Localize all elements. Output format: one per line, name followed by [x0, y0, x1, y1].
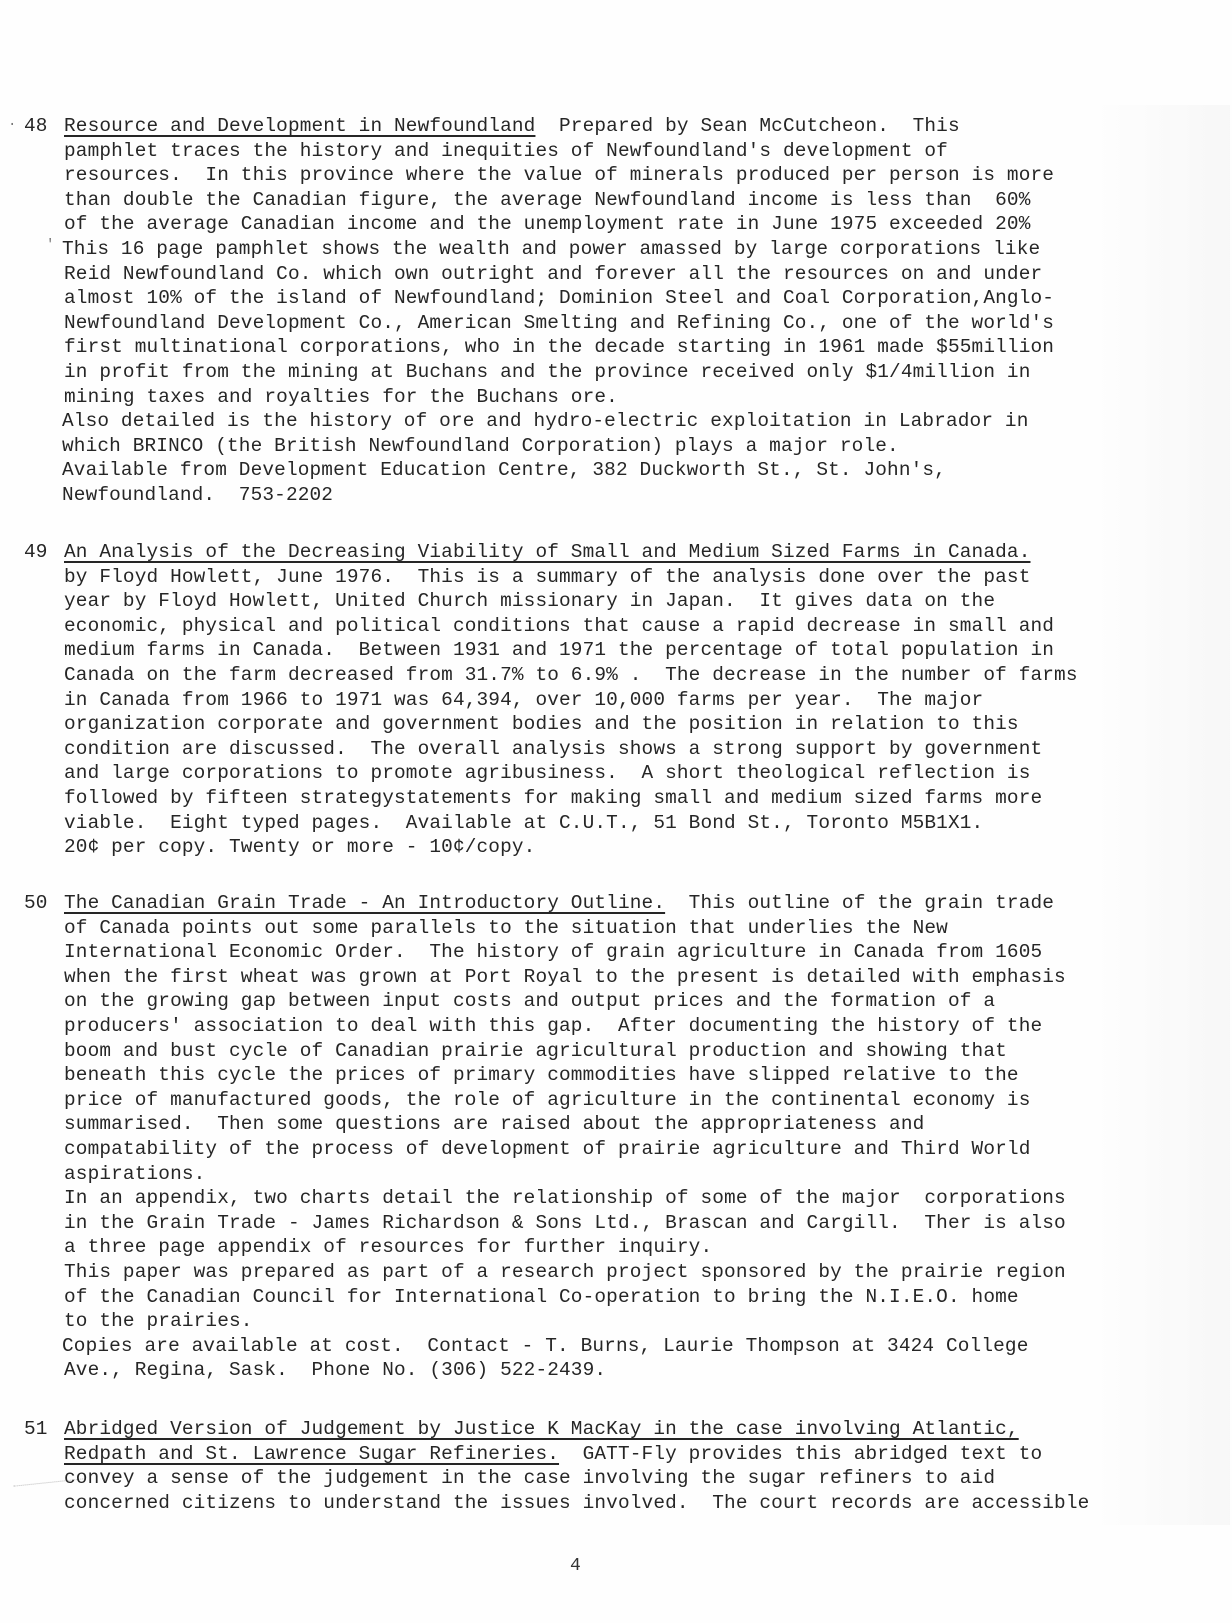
entry-text: concerned citizens to understand the iss… [64, 1492, 1089, 1514]
text-line: This paper was prepared as part of a res… [24, 1260, 1134, 1285]
text-line: Canada on the farm decreased from 31.7% … [24, 663, 1134, 688]
entry-text: first multinational corporations, who in… [64, 336, 1054, 358]
text-line: medium farms in Canada. Between 1931 and… [24, 638, 1134, 663]
text-line: producers' association to deal with this… [24, 1014, 1134, 1039]
entry-text: Newfoundland Development Co., American S… [64, 312, 1054, 334]
text-line: beneath this cycle the prices of primary… [24, 1063, 1134, 1088]
entry-text: economic, physical and political conditi… [64, 615, 1054, 637]
margin-tick: · [8, 117, 16, 133]
text-line: convey a sense of the judgement in the c… [24, 1466, 1134, 1491]
text-line: organization corporate and government bo… [24, 712, 1134, 737]
entry-text: of Canada points out some parallels to t… [64, 917, 948, 939]
entry-title: An Analysis of the Decreasing Viability … [64, 541, 1030, 563]
entry-text: GATT-Fly provides this abridged text to [559, 1443, 1042, 1465]
entry-text: beneath this cycle the prices of primary… [64, 1064, 1019, 1086]
entry-text: in profit from the mining at Buchans and… [64, 361, 1030, 383]
entry-text: by Floyd Howlett, June 1976. This is a s… [64, 566, 1030, 588]
text-line: Copies are available at cost. Contact - … [24, 1334, 1134, 1359]
entry-text: In an appendix, two charts detail the re… [64, 1187, 1066, 1209]
entry-48: 48Resource and Development in Newfoundla… [24, 114, 1134, 508]
entry-text: compatability of the process of developm… [64, 1138, 1030, 1160]
entry-text: Available from Development Education Cen… [62, 459, 946, 481]
entry-text: medium farms in Canada. Between 1931 and… [64, 639, 1054, 661]
entry-text: Prepared by Sean McCutcheon. This [535, 115, 959, 137]
text-line: summarised. Then some questions are rais… [24, 1112, 1134, 1137]
text-line: and large corporations to promote agribu… [24, 761, 1134, 786]
entry-text: which BRINCO (the British Newfoundland C… [62, 435, 899, 457]
entry-text: producers' association to deal with this… [64, 1015, 1042, 1037]
text-line: This 16 page pamphlet shows the wealth a… [24, 237, 1134, 262]
entry-text: followed by fifteen strategystatements f… [64, 787, 1042, 809]
text-line: resources. In this province where the va… [24, 163, 1134, 188]
entry-text: This paper was prepared as part of a res… [64, 1261, 1066, 1283]
entry-text: summarised. Then some questions are rais… [64, 1113, 924, 1135]
entry-text: on the growing gap between input costs a… [64, 990, 995, 1012]
entry-text: Reid Newfoundland Co. which own outright… [64, 263, 1042, 285]
text-line: Resource and Development in Newfoundland… [24, 114, 1134, 139]
entry-text: Canada on the farm decreased from 31.7% … [64, 664, 1078, 686]
entry-text: when the first wheat was grown at Port R… [64, 966, 1066, 988]
text-line: followed by fifteen strategystatements f… [24, 786, 1134, 811]
entry-text: Also detailed is the history of ore and … [62, 410, 1028, 432]
entry-text: of the Canadian Council for Internationa… [64, 1286, 1019, 1308]
text-line: The Canadian Grain Trade - An Introducto… [24, 891, 1134, 916]
text-line: International Economic Order. The histor… [24, 940, 1134, 965]
text-line: on the growing gap between input costs a… [24, 989, 1134, 1014]
entry-text: of the average Canadian income and the u… [64, 213, 1030, 235]
entry-text: to the prairies. [64, 1310, 253, 1332]
entry-text: in the Grain Trade - James Richardson & … [64, 1212, 1066, 1234]
entry-text: convey a sense of the judgement in the c… [64, 1467, 995, 1489]
text-line: year by Floyd Howlett, United Church mis… [24, 589, 1134, 614]
text-line: mining taxes and royalties for the Bucha… [24, 385, 1134, 410]
text-line: An Analysis of the Decreasing Viability … [24, 540, 1134, 565]
entry-text: and large corporations to promote agribu… [64, 762, 1030, 784]
text-line: of Canada points out some parallels to t… [24, 916, 1134, 941]
entry-title: The Canadian Grain Trade - An Introducto… [64, 892, 665, 914]
entry-text: International Economic Order. The histor… [64, 941, 1042, 963]
text-line: to the prairies. [24, 1309, 1134, 1334]
entry-text: pamphlet traces the history and inequiti… [64, 140, 948, 162]
text-line: in the Grain Trade - James Richardson & … [24, 1211, 1134, 1236]
text-line: by Floyd Howlett, June 1976. This is a s… [24, 565, 1134, 590]
text-line: Also detailed is the history of ore and … [24, 409, 1134, 434]
text-line: of the average Canadian income and the u… [24, 212, 1134, 237]
text-line: Available from Development Education Cen… [24, 458, 1134, 483]
entry-text: mining taxes and royalties for the Bucha… [64, 386, 618, 408]
text-line: 20¢ per copy. Twenty or more - 10¢/copy. [24, 835, 1134, 860]
text-line: Redpath and St. Lawrence Sugar Refinerie… [24, 1442, 1134, 1467]
text-line: of the Canadian Council for Internationa… [24, 1285, 1134, 1310]
text-line: aspirations. [24, 1162, 1134, 1187]
entry-51: 51Abridged Version of Judgement by Justi… [24, 1417, 1134, 1515]
document-page: · ' 48Resource and Development in Newfou… [0, 0, 1232, 1623]
entry-title: Abridged Version of Judgement by Justice… [64, 1418, 1019, 1440]
entry-text: price of manufactured goods, the role of… [64, 1089, 1030, 1111]
entry-text: almost 10% of the island of Newfoundland… [64, 287, 1054, 309]
entry-title: Redpath and St. Lawrence Sugar Refinerie… [64, 1443, 559, 1465]
text-line: price of manufactured goods, the role of… [24, 1088, 1134, 1113]
entry-text: than double the Canadian figure, the ave… [64, 189, 1030, 211]
text-line: almost 10% of the island of Newfoundland… [24, 286, 1134, 311]
text-line: Newfoundland Development Co., American S… [24, 311, 1134, 336]
entry-text: Ave., Regina, Sask. Phone No. (306) 522-… [64, 1359, 606, 1381]
text-line: Abridged Version of Judgement by Justice… [24, 1417, 1134, 1442]
text-line: condition are discussed. The overall ana… [24, 737, 1134, 762]
entry-50: 50The Canadian Grain Trade - An Introduc… [24, 891, 1134, 1383]
entry-49: 49An Analysis of the Decreasing Viabilit… [24, 540, 1134, 860]
entry-text: a three page appendix of resources for f… [64, 1236, 712, 1258]
entry-text: resources. In this province where the va… [64, 164, 1054, 186]
entry-text: boom and bust cycle of Canadian prairie … [64, 1040, 1007, 1062]
text-line: boom and bust cycle of Canadian prairie … [24, 1039, 1134, 1064]
text-line: viable. Eight typed pages. Available at … [24, 811, 1134, 836]
text-line: In an appendix, two charts detail the re… [24, 1186, 1134, 1211]
text-line: concerned citizens to understand the iss… [24, 1491, 1134, 1516]
entry-text: This outline of the grain trade [665, 892, 1054, 914]
text-line: pamphlet traces the history and inequiti… [24, 139, 1134, 164]
text-line: in Canada from 1966 to 1971 was 64,394, … [24, 688, 1134, 713]
text-line: first multinational corporations, who in… [24, 335, 1134, 360]
entry-text: viable. Eight typed pages. Available at … [64, 812, 983, 834]
entry-title: Resource and Development in Newfoundland [64, 115, 535, 137]
entry-text: This 16 page pamphlet shows the wealth a… [62, 238, 1040, 260]
entry-text: aspirations. [64, 1163, 205, 1185]
entry-text: organization corporate and government bo… [64, 713, 1019, 735]
text-line: in profit from the mining at Buchans and… [24, 360, 1134, 385]
entry-text: Newfoundland. 753-2202 [62, 484, 333, 506]
entry-text: condition are discussed. The overall ana… [64, 738, 1042, 760]
text-line: when the first wheat was grown at Port R… [24, 965, 1134, 990]
text-line: than double the Canadian figure, the ave… [24, 188, 1134, 213]
entry-text: 20¢ per copy. Twenty or more - 10¢/copy. [64, 836, 535, 858]
text-line: Newfoundland. 753-2202 [24, 483, 1134, 508]
text-line: compatability of the process of developm… [24, 1137, 1134, 1162]
entry-text: year by Floyd Howlett, United Church mis… [64, 590, 995, 612]
text-line: economic, physical and political conditi… [24, 614, 1134, 639]
text-line: a three page appendix of resources for f… [24, 1235, 1134, 1260]
text-line: Ave., Regina, Sask. Phone No. (306) 522-… [24, 1358, 1134, 1383]
text-line: which BRINCO (the British Newfoundland C… [24, 434, 1134, 459]
entry-text: in Canada from 1966 to 1971 was 64,394, … [64, 689, 983, 711]
text-line: Reid Newfoundland Co. which own outright… [24, 262, 1134, 287]
page-number: 4 [570, 1556, 581, 1576]
entry-text: Copies are available at cost. Contact - … [62, 1335, 1028, 1357]
